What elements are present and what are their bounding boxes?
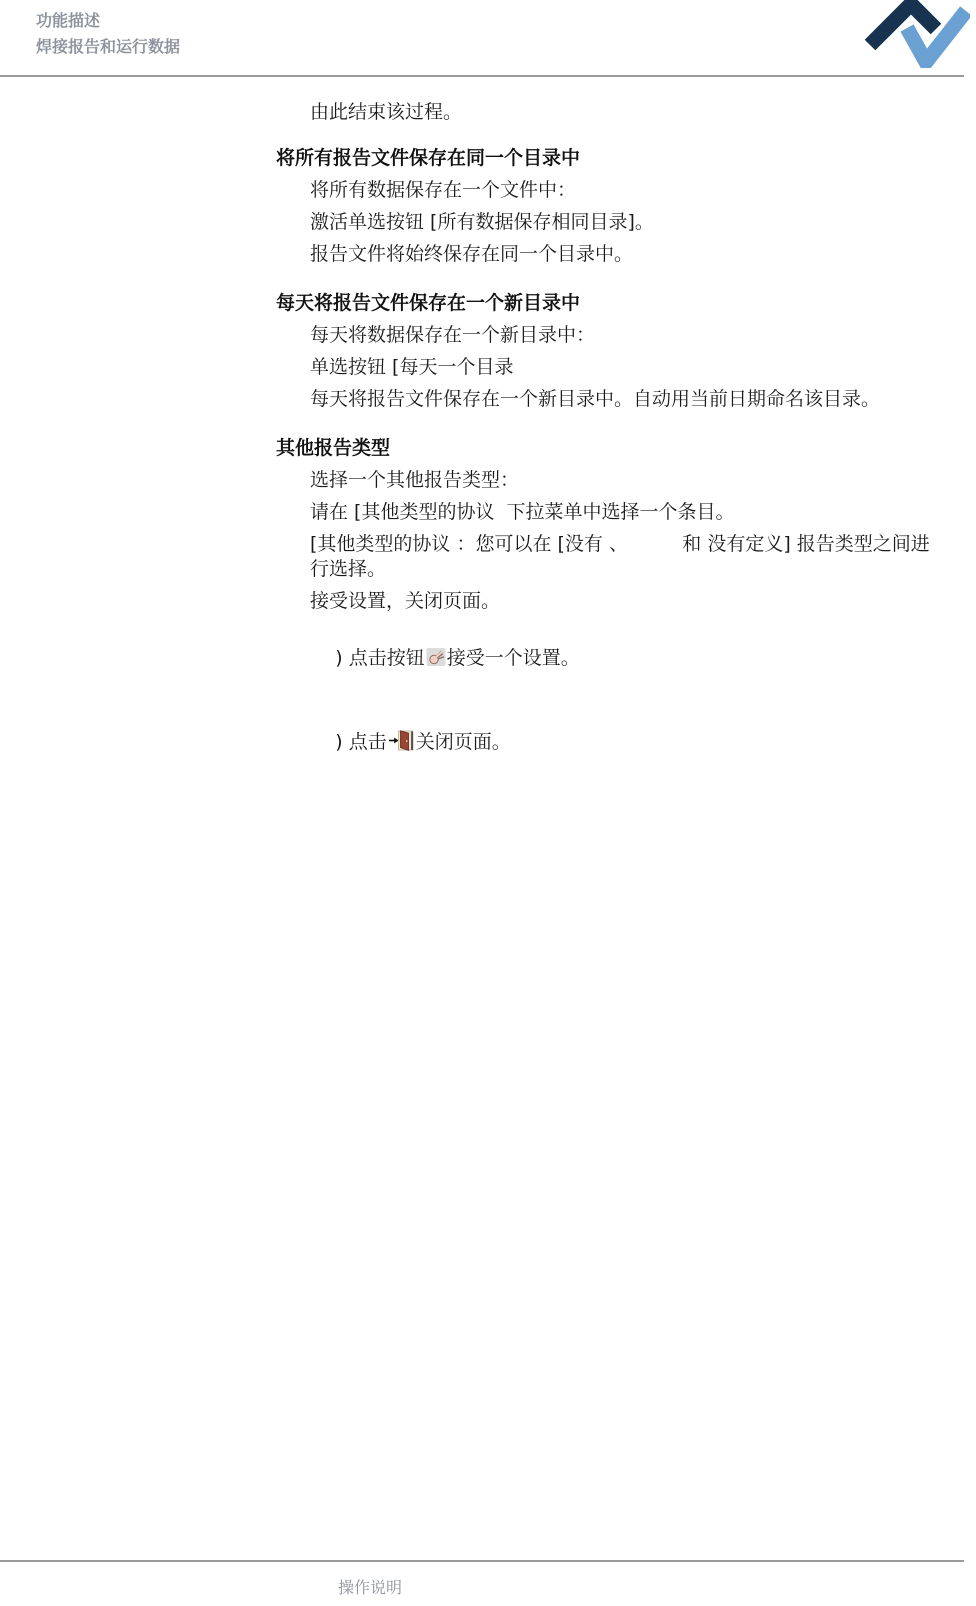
- step-suffix: 关闭页面。: [416, 731, 511, 753]
- paragraph: 激活单选按钮 [所有数据保存相同目录]。: [0, 210, 976, 235]
- paragraph: [其他类型的协议 ：您可以在 [没有 、 和 没有定义] 报告类型之间进行选择。: [0, 532, 976, 582]
- brand-logo-icon: [845, 0, 970, 68]
- ok-hand-icon: [426, 647, 446, 667]
- header-subtitle: 焊接报告和运行数据: [36, 34, 180, 60]
- paragraph: 单选按钮 [每天一个目录: [0, 355, 976, 380]
- paragraph: 报告文件将始终保存在同一个目录中。: [0, 242, 976, 267]
- step-accept-setting: ) 点击按钮 接受一个设置。: [0, 621, 976, 696]
- paragraph: 接受设置，关闭页面。: [0, 589, 976, 614]
- header-kicker: 功能描述: [36, 8, 180, 34]
- paragraph: 每天将数据保存在一个新目录中：: [0, 323, 976, 348]
- intro-paragraph: 由此结束该过程。: [0, 100, 976, 125]
- footer-divider: [0, 1560, 964, 1562]
- paragraph: 每天将报告文件保存在一个新目录中。自动用当前日期命名该目录。: [0, 387, 976, 412]
- section-other-report-types: 其他报告类型 选择一个其他报告类型： 请在 [其他类型的协议 下拉菜单中选择一个…: [0, 436, 976, 614]
- section-heading: 其他报告类型: [0, 436, 976, 461]
- paragraph: 将所有数据保存在一个文件中：: [0, 178, 976, 203]
- paragraph: 请在 [其他类型的协议 下拉菜单中选择一个条目。: [0, 500, 976, 525]
- paragraph: 选择一个其他报告类型：: [0, 468, 976, 493]
- page-content: 由此结束该过程。 将所有报告文件保存在同一个目录中 将所有数据保存在一个文件中：…: [0, 100, 976, 789]
- section-same-directory: 将所有报告文件保存在同一个目录中 将所有数据保存在一个文件中： 激活单选按钮 […: [0, 146, 976, 267]
- step-suffix: 接受一个设置。: [447, 647, 580, 669]
- step-prefix: ) 点击: [335, 731, 386, 753]
- exit-door-icon: [388, 730, 415, 751]
- section-heading: 每天将报告文件保存在一个新目录中: [0, 291, 976, 316]
- header-divider: [0, 75, 964, 77]
- step-prefix: ) 点击按钮: [335, 647, 424, 669]
- page-header: 功能描述 焊接报告和运行数据: [36, 8, 180, 60]
- step-close-page: ) 点击 关闭页面。: [0, 705, 976, 780]
- section-new-directory-daily: 每天将报告文件保存在一个新目录中 每天将数据保存在一个新目录中： 单选按钮 [每…: [0, 291, 976, 412]
- section-heading: 将所有报告文件保存在同一个目录中: [0, 146, 976, 171]
- footer-label: 操作说明: [338, 1576, 402, 1600]
- document-page: 功能描述 焊接报告和运行数据 由此结束该过程。 将所有报告文件保存在同一个目录中…: [0, 0, 976, 1606]
